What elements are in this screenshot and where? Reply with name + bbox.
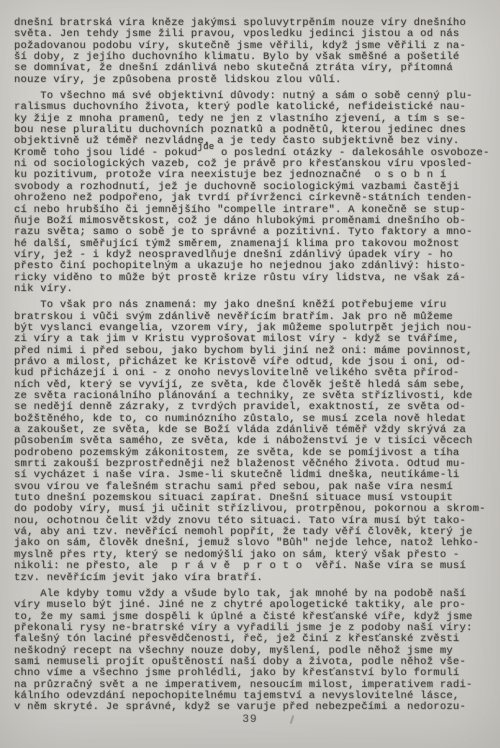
text-line: nouze víry, je způsobena prostě lidskou … bbox=[14, 75, 494, 86]
page-number: 39 bbox=[0, 714, 500, 726]
scanned-page: dnešní bratrská víra kněze jakýmsi spolu… bbox=[0, 0, 500, 748]
paragraph-2: To všechno má své objektivní důvody: nut… bbox=[14, 91, 494, 295]
text-line: tzv. nevěřícím jevit jako víra bratří. bbox=[14, 573, 494, 584]
text-line: zi víry a tak jim v Kristu vyprošovat mi… bbox=[14, 334, 494, 345]
paragraph-4: Ale kdyby tomu vždy a všude bylo tak, ja… bbox=[14, 589, 494, 714]
text-line: víry muselo být jiné. Jiné ne z chytré a… bbox=[14, 600, 494, 611]
paragraph-1: dnešní bratrská víra kněze jakýmsi spolu… bbox=[14, 18, 494, 86]
text-line: nikoli: ne přesto, ale p r á v ě p r o t… bbox=[14, 561, 494, 572]
paragraph-3: To však pro nás znamená: my jako dnešní … bbox=[14, 300, 494, 584]
text-line: nik víry. bbox=[14, 284, 494, 295]
text-line: se nedějí denně zázraky, z tvrdých pravi… bbox=[14, 402, 494, 413]
text-line: razu světa; samo o sobě je to správné a … bbox=[14, 227, 494, 238]
text-line: světa. Jen tehdy jsme žili pravou, vposl… bbox=[14, 29, 494, 40]
text-line: falešný tón laciné přesvědčenosti, řeč, … bbox=[14, 634, 494, 645]
text-line: To však pro nás znamená: my jako dnešní … bbox=[14, 300, 494, 311]
text-segment: o poslední otázky - dalekosáhle osvoboze… bbox=[214, 147, 489, 159]
text-line: přesto činí pochopitelným a ukazuje ho n… bbox=[14, 261, 494, 272]
text-block: dnešní bratrská víra kněze jakýmsi spolu… bbox=[14, 18, 494, 714]
text-segment: Kromě toho jsou lidé - pokud bbox=[14, 147, 197, 159]
typed-insertion-above-line: jde bbox=[197, 142, 214, 152]
text-line: kud přicházejí i oni - z onoho nevyslovi… bbox=[14, 368, 494, 379]
text-line: ricky viděno to může být prostě krize rů… bbox=[14, 273, 494, 284]
text-line: ohroženo než podpořeno, jak tvrdí přívrž… bbox=[14, 193, 494, 204]
text-line: v něm skryté. Je správné, když se varuje… bbox=[14, 702, 494, 713]
text-line: chno víme a všechno jsme prohlédli, jako… bbox=[14, 668, 494, 679]
